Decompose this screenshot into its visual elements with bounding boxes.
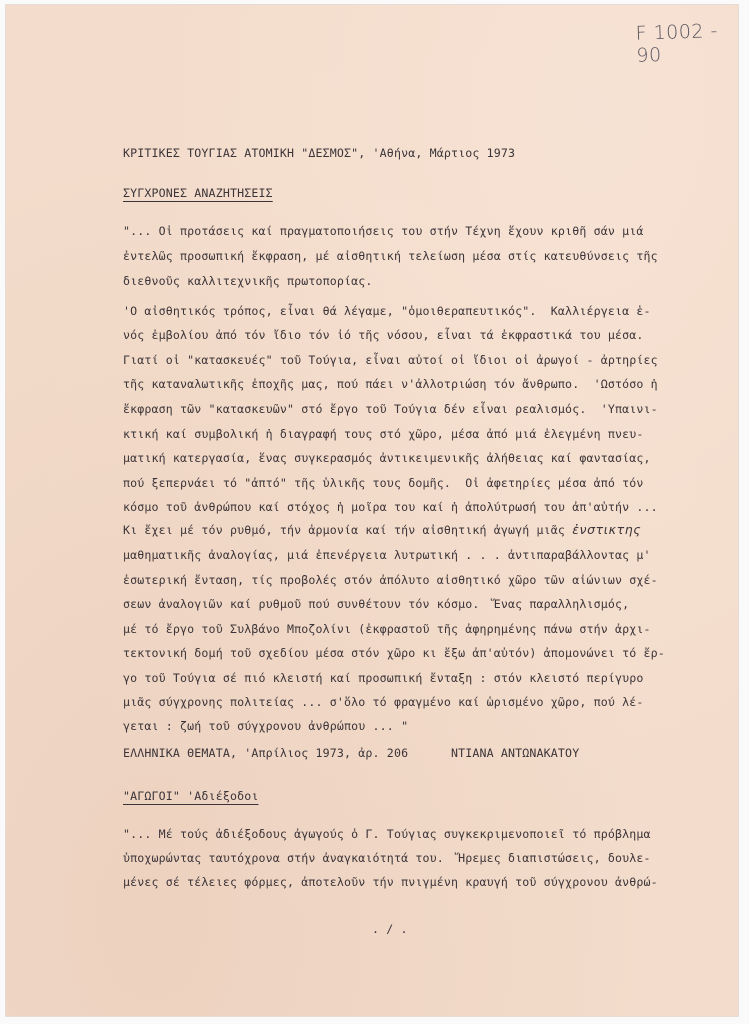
archive-number-handwritten: F 1002 - 90 bbox=[635, 19, 738, 67]
text-line: κτική καί συμβολική ἡ διαγραφή τους στό … bbox=[123, 427, 644, 441]
page-continuation-marker: . / . bbox=[372, 922, 408, 936]
section-heading-contemporary-searches: ΣΥΓΧΡΟΝΕΣ ΑΝΑΖΗΤΗΣΕΙΣ bbox=[123, 186, 273, 200]
text-line: ὑποχωρώντας ταυτόχρονα στήν ἀναγκαιότητά… bbox=[123, 851, 651, 865]
text-line: ἐντελῶς προσωπική ἔκφραση, μέ αἰσθητική … bbox=[123, 249, 658, 263]
text-line: μένες σέ τέλειες φόρμες, ἀποτελοῦν τήν π… bbox=[123, 875, 658, 889]
handwritten-correction: ἐνστικτης bbox=[572, 522, 641, 537]
text-segment: Κι ἔχει μέ τόν ρυθμό, τήν ἁρμονία καί τή… bbox=[123, 523, 572, 537]
text-line: "... Μέ τούς ἀδιέξοδους ἀγωγούς ὁ Γ. Τού… bbox=[123, 827, 651, 841]
text-line: μιᾶς σύγχρονης πολιτείας ... σ'ὅλο τό φρ… bbox=[123, 695, 644, 709]
citation-line: ΕΛΛΗΝΙΚΑ ΘΕΜΑΤΑ, 'Απρίλιος 1973, ἀρ. 206… bbox=[123, 746, 579, 760]
text-line: τεκτονική δομή τοῦ σχεδίου μέσα στόν χῶρ… bbox=[123, 646, 665, 660]
text-line: "... Οἱ προτάσεις καί πραγματοποιήσεις τ… bbox=[123, 224, 644, 238]
text-line-with-insert: Κι ἔχει μέ τόν ρυθμό, τήν ἁρμονία καί τή… bbox=[123, 523, 641, 537]
section-heading-dead-end-conduits: "ΑΓΩΓΟΙ" 'Αδιέξοδοι bbox=[123, 789, 258, 803]
text-line: κόσμο τοῦ ἀνθρώπου καί στόχος ἡ μοῖρα το… bbox=[123, 500, 658, 514]
text-line: γεται : ζωή τοῦ σύγχρονου ἀνθρώπου ... " bbox=[123, 719, 408, 733]
text-line: διεθνοῦς καλλιτεχνικῆς πρωτοπορίας. bbox=[123, 274, 373, 288]
text-line: νός ἐμβολίου ἀπό τόν ἴδιο τόν ἰό τῆς νόσ… bbox=[123, 328, 644, 342]
text-line: ματική κατεργασία, ἕνας συγκερασμός ἀντι… bbox=[123, 451, 651, 465]
text-line: 'Ο αἰσθητικός τρόπος, εἶναι θά λέγαμε, "… bbox=[123, 304, 651, 318]
text-line: Γιατί οἱ "κατασκευές" τοῦ Τούγια, εἶναι … bbox=[123, 353, 658, 367]
text-line: τῆς καταναλωτικῆς ἐποχῆς μας, πού πάει ν… bbox=[123, 377, 658, 391]
text-line: μαθηματικῆς ἀναλογίας, μιά ἐπενέργεια λυ… bbox=[123, 548, 651, 562]
text-line: πού ξεπερνάει τό "ἀπτό" τῆς ὑλικῆς τους … bbox=[123, 476, 644, 490]
paper-sheet: F 1002 - 90 ΚΡΙΤΙΚΕΣ ΤΟΥΓΙΑΣ ΑΤΟΜΙΚΗ "ΔΕ… bbox=[6, 5, 738, 1016]
text-line: γο τοῦ Τούγια σέ πιό κλειστή καί προσωπι… bbox=[123, 671, 644, 685]
text-line: ἔκφραση τῶν "κατασκευῶν" στό ἔργο τοῦ Το… bbox=[123, 402, 658, 416]
text-line: μέ τό ἔργο τοῦ Συλβάνο Μποζολίνι (ἐκφρασ… bbox=[123, 622, 651, 636]
text-line: ἐσωτερική ἔνταση, τίς προβολές στόν ἀπόλ… bbox=[123, 573, 658, 587]
text-line: σεων ἀναλογιῶν καί ρυθμοῦ πού συνθέτουν … bbox=[123, 597, 629, 611]
document-title: ΚΡΙΤΙΚΕΣ ΤΟΥΓΙΑΣ ΑΤΟΜΙΚΗ "ΔΕΣΜΟΣ", 'Αθήν… bbox=[123, 146, 515, 160]
